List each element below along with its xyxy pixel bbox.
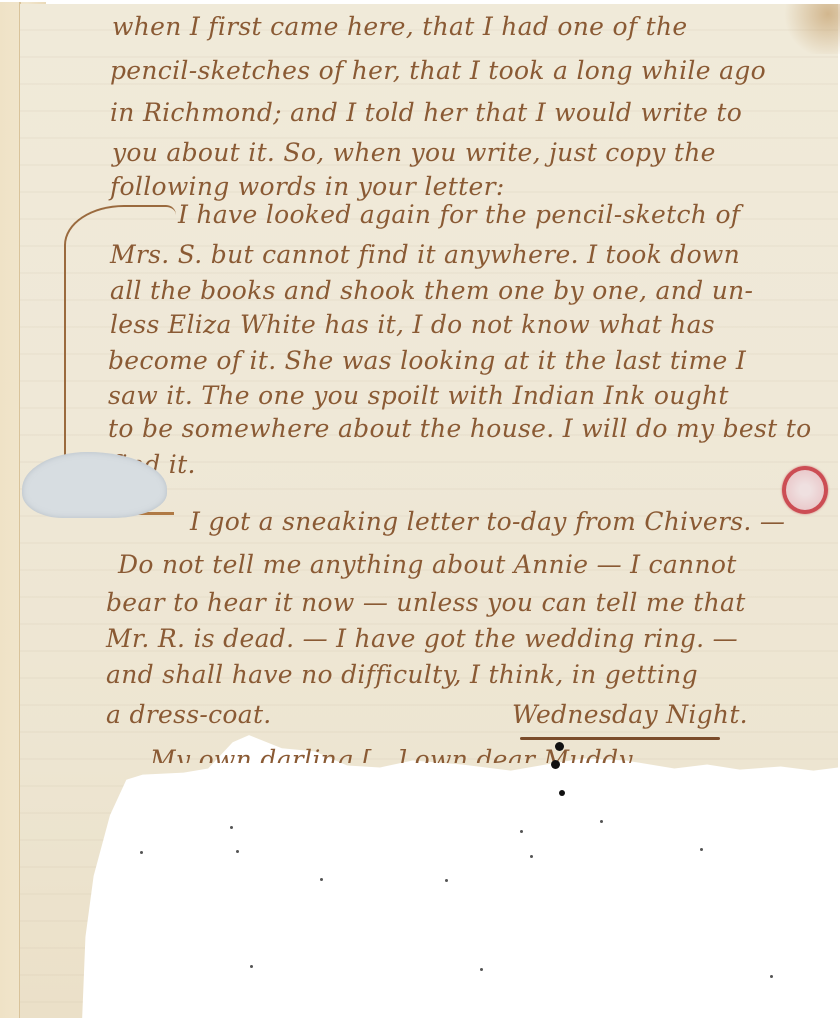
- torn-salutation-fragment: My own darling [...] own dear Muddy,: [150, 745, 830, 775]
- red-wax-seal-mark: [782, 466, 828, 514]
- ink-blot: [559, 790, 565, 796]
- letter-line-4: you about it. So, when you write, just c…: [112, 138, 716, 167]
- letter-line-3: in Richmond; and I told her that I would…: [110, 98, 742, 127]
- quote-line-3: all the books and shook them one by one,…: [110, 276, 753, 305]
- corner-stain: [780, 4, 840, 54]
- quote-line-7: to be somewhere about the house. I will …: [108, 414, 811, 443]
- quote-line-2: Mrs. S. but cannot find it anywhere. I t…: [110, 240, 740, 269]
- closing-line-5: and shall have no difficulty, I think, i…: [106, 660, 698, 689]
- letter-line-1: when I first came here, that I had one o…: [112, 12, 688, 41]
- ink-blot: [555, 742, 564, 751]
- letter-line-2: pencil-sketches of her, that I took a lo…: [110, 56, 766, 85]
- quote-line-5: become of it. She was looking at it the …: [108, 346, 746, 375]
- closing-line-4: Mr. R. is dead. — I have got the wedding…: [106, 624, 738, 653]
- dateline: Wednesday Night.: [512, 700, 748, 729]
- closing-line-3: bear to hear it now — unless you can tel…: [106, 588, 746, 617]
- quote-line-6: saw it. The one you spoilt with Indian I…: [108, 381, 729, 410]
- closing-line-6: a dress-coat.: [106, 700, 272, 729]
- closing-line-2: Do not tell me anything about Annie — I …: [118, 550, 737, 579]
- manuscript-canvas: when I first came here, that I had one o…: [0, 0, 840, 1024]
- quote-line-1: I have looked again for the pencil-sketc…: [178, 200, 740, 229]
- letter-line-5: following words in your letter:: [110, 172, 505, 201]
- ink-blot: [551, 760, 560, 769]
- dateline-underline: [520, 737, 720, 740]
- quote-line-4: less Eliza White has it, I do not know w…: [110, 310, 715, 339]
- closing-line-1: I got a sneaking letter to-day from Chiv…: [190, 507, 785, 536]
